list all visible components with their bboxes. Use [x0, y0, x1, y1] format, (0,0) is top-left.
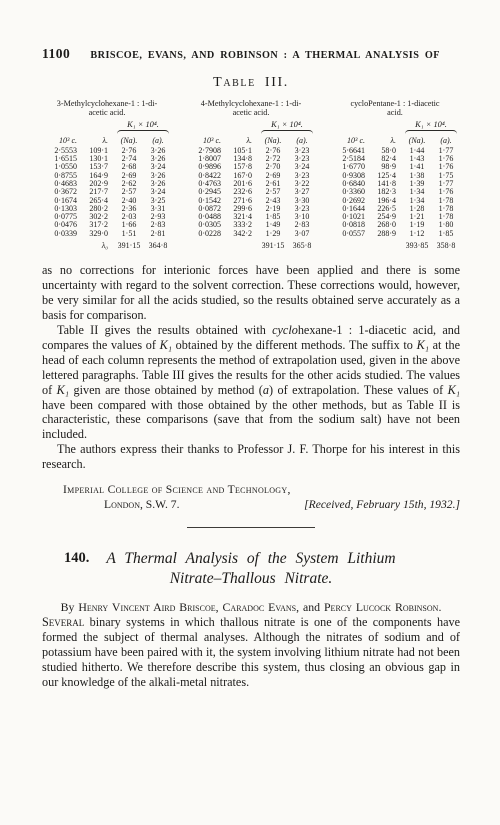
table-group-1: 3-Methylcyclohexane-1 : 1-di-acetic acid… [42, 99, 172, 250]
text-segment: Several [42, 615, 84, 629]
overbrace-icon [117, 130, 169, 134]
lambda0-value: 358·8 [432, 242, 460, 250]
institution-name: Imperial College of Science and Technolo… [63, 483, 460, 498]
text-segment: By [61, 600, 79, 614]
table-cell: 1·29 [258, 230, 288, 238]
table-cell: 0·0339 [42, 230, 80, 238]
paragraph-opening: Several binary systems in which thallous… [42, 615, 460, 690]
column-header: λ. [224, 136, 258, 146]
overbrace-arc [143, 130, 169, 134]
text-segment: as no corrections for interionic forces … [42, 263, 460, 322]
k1-column-label: K₁ × 10⁴. [402, 120, 460, 130]
table-group-title: 4-Methylcyclohexane-1 : 1-di- [186, 99, 316, 108]
table-cell: 1·85 [432, 230, 460, 238]
table-group-title: cycloPentane-1 : 1-diacetic [330, 99, 460, 108]
table-cell: 1·51 [114, 230, 144, 238]
table-group-title: acid. [330, 108, 460, 117]
lambda0-value: 391·15 [258, 242, 288, 250]
table-cell [186, 242, 224, 250]
lambda0-value: 364·8 [144, 242, 172, 250]
table-cell [42, 242, 80, 250]
text-segment: K₁ [448, 383, 460, 397]
overbrace-icon [261, 130, 313, 134]
k1-column-label: K₁ × 10⁴. [258, 120, 316, 130]
overbrace-arc [431, 130, 457, 134]
column-header: 10³ c. [42, 136, 80, 146]
table-iii-section: Table III. 3-Methylcyclohexane-1 : 1-di-… [42, 75, 460, 250]
spacer [186, 118, 258, 130]
column-header: (Na). [258, 136, 288, 146]
lambda0-value: 365·8 [288, 242, 316, 250]
overbrace-arc [117, 130, 143, 134]
received-date: [Received, February 15th, 1932.] [304, 498, 460, 513]
table-cell: 0·0228 [186, 230, 224, 238]
paragraph-corrections: as no corrections for interionic forces … [42, 263, 460, 323]
article-number: 140. [64, 551, 89, 566]
table-iii: 3-Methylcyclohexane-1 : 1-di-acetic acid… [42, 99, 460, 250]
text-segment: Table II gives the results obtained with [57, 323, 272, 337]
column-header: 10³ c. [186, 136, 224, 146]
table-group-2: 4-Methylcyclohexane-1 : 1-di-acetic acid… [186, 99, 316, 250]
text-segment: . [438, 600, 441, 614]
text-segment: have been compared with those obtained b… [42, 398, 460, 442]
running-head: 1100 BRISCOE, EVANS, AND ROBINSON : A TH… [42, 46, 460, 62]
text-segment: Caradoc Evans [223, 600, 297, 614]
column-header: 10³ c. [330, 136, 368, 146]
table-group-title: acetic acid. [42, 108, 172, 117]
text-segment: obtained by the different methods. The s… [172, 338, 417, 352]
paragraph-acknowledgement: The authors express their thanks to Prof… [42, 442, 460, 472]
journal-page: 1100 BRISCOE, EVANS, AND ROBINSON : A TH… [0, 0, 500, 825]
table-cell: 329·0 [80, 230, 114, 238]
text-segment: cyclo [272, 323, 298, 337]
overbrace-arc [405, 130, 431, 134]
column-header: (a). [288, 136, 316, 146]
column-header: λ. [368, 136, 402, 146]
table-cell: 288·9 [368, 230, 402, 238]
column-header: λ. [80, 136, 114, 146]
article-title-line: A Thermal Analysis of the System Lithium [73, 549, 429, 569]
text-segment: given are those obtained by method ( [69, 383, 263, 397]
column-header: (Na). [114, 136, 144, 146]
table-cell: 342·2 [224, 230, 258, 238]
table-group-title: acetic acid. [186, 108, 316, 117]
overbrace-arc [287, 130, 313, 134]
text-segment: binary systems in which thallous nitrate… [42, 615, 460, 689]
running-head-text: BRISCOE, EVANS, AND ROBINSON : A THERMAL… [70, 50, 460, 61]
column-header: (Na). [402, 136, 432, 146]
article-body: as no corrections for interionic forces … [42, 263, 460, 689]
page-number: 1100 [42, 46, 70, 62]
paragraph-table-results: Table II gives the results obtained with… [42, 323, 460, 442]
closing-address: Imperial College of Science and Technolo… [42, 483, 460, 512]
text-segment: , and [296, 600, 324, 614]
lambda0-label [368, 242, 402, 250]
text-segment: , [216, 600, 223, 614]
table-cell [330, 242, 368, 250]
article-divider [187, 527, 315, 528]
address-line: London, S.W. 7. [Received, February 15th… [104, 498, 460, 513]
lambda0-value: 393·85 [402, 242, 432, 250]
table-group-title: 3-Methylcyclohexane-1 : 1-di- [42, 99, 172, 108]
table-group-3: cycloPentane-1 : 1-diaceticacid.K₁ × 10⁴… [330, 99, 460, 250]
lambda0-value: 391·15 [114, 242, 144, 250]
table-title: Table III. [42, 75, 460, 91]
table-cell: 2·81 [144, 230, 172, 238]
article-title: A Thermal Analysis of the System Lithium… [73, 549, 429, 589]
column-header: (a). [144, 136, 172, 146]
overbrace-icon [405, 130, 457, 134]
article-title-block: 140. A Thermal Analysis of the System Li… [42, 549, 460, 589]
text-segment: The authors express their thanks to Prof… [42, 442, 460, 471]
table-cell: 3·07 [288, 230, 316, 238]
table-cell: 0·0557 [330, 230, 368, 238]
lambda0-label: λ₀ [80, 242, 114, 250]
overbrace-arc [261, 130, 287, 134]
table-cell: 1·12 [402, 230, 432, 238]
text-segment: Henry Vincent Aird Briscoe [78, 600, 215, 614]
column-header: (a). [432, 136, 460, 146]
text-segment: Percy Lucock Robinson [324, 600, 438, 614]
text-segment: ) of extrapolation. These values of [269, 383, 448, 397]
article-title-line: Nitrate–Thallous Nitrate. [73, 569, 429, 589]
spacer [42, 118, 114, 130]
lambda0-label [224, 242, 258, 250]
spacer [330, 118, 402, 130]
text-segment: K₁ [160, 338, 172, 352]
text-segment: K₁ [57, 383, 69, 397]
k1-column-label: K₁ × 10⁴. [114, 120, 172, 130]
text-segment: K₁ [417, 338, 429, 352]
byline: By Henry Vincent Aird Briscoe, Caradoc E… [42, 600, 460, 615]
institution-city: London, S.W. 7. [104, 498, 179, 513]
